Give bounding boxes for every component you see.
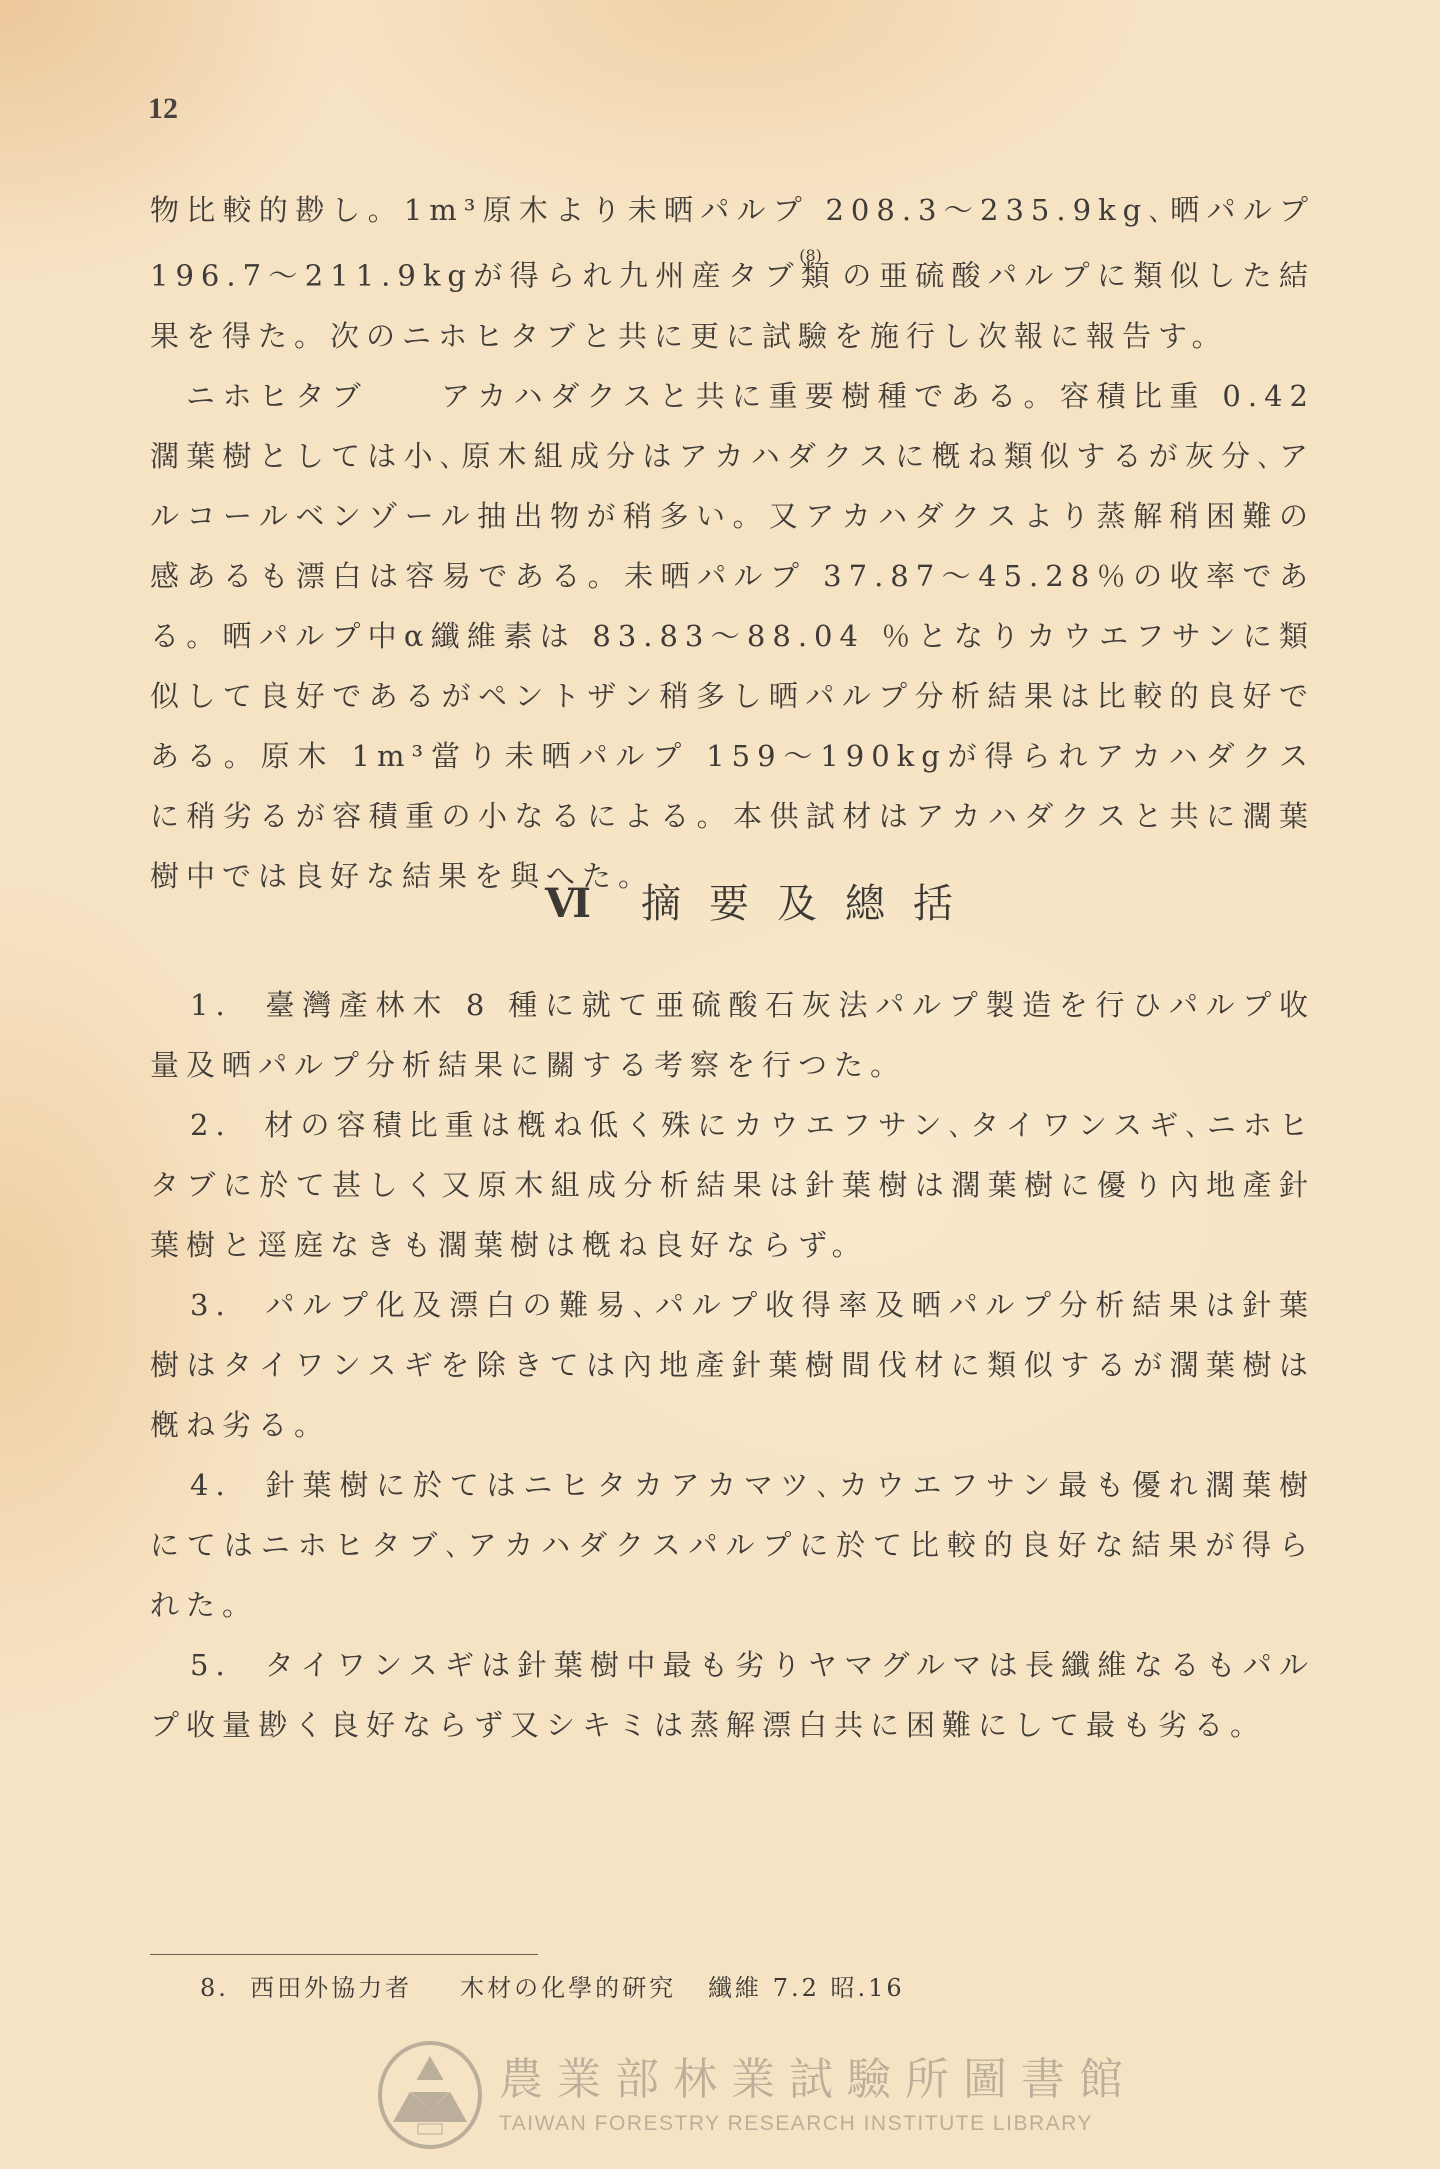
nihohitabu-paragraph: ニホヒタブ アカハダクスと共に重要樹種である。容積比重 0.42 濶葉樹としては… bbox=[150, 366, 1315, 906]
section-title: 摘要及總括 bbox=[641, 881, 981, 927]
summary-item-text: タイワンスギは針葉樹中最も劣りヤマグルマは長纖維なるもパルプ收量尠く良好ならず又… bbox=[150, 1648, 1315, 1742]
summary-item: 4. 針葉樹に於てはニヒタカアカマツ､カウエフサン最も優れ濶葉樹にてはニホヒタブ… bbox=[150, 1455, 1315, 1635]
footnote-title: 木材の化學的硏究 bbox=[460, 1974, 676, 2002]
summary-item: 2. 材の容積比重は槪ね低く殊にカウエフサン､タイワンスギ､ニホヒタブに於て甚し… bbox=[150, 1095, 1315, 1275]
library-name-chinese: 農業部林業試驗所圖書館 bbox=[499, 2054, 1137, 2106]
page-number: 12 bbox=[148, 92, 178, 126]
summary-list: 1. 臺灣產林木 8 種に就て亜硫酸石灰法パルプ製造を行ひパルプ收量及晒パルプ分… bbox=[150, 975, 1315, 1755]
summary-item-number: 5. bbox=[190, 1648, 232, 1682]
summary-item-number: 3. bbox=[190, 1288, 232, 1322]
footnote-divider bbox=[150, 1954, 538, 1955]
summary-item-text: 針葉樹に於てはニヒタカアカマツ､カウエフサン最も優れ濶葉樹にてはニホヒタブ､アカ… bbox=[150, 1468, 1315, 1622]
library-watermark: 農業部林業試驗所圖書館 TAIWAN FORESTRY RESEARCH INS… bbox=[375, 2040, 1137, 2150]
body-text-upper: 物比較的尠し。1m³原木より未晒パルプ 208.3〜235.9kg､晒パルプ 1… bbox=[150, 180, 1315, 906]
summary-item-text: 臺灣產林木 8 種に就て亜硫酸石灰法パルプ製造を行ひパルプ收量及晒パルプ分析結果… bbox=[150, 988, 1315, 1082]
summary-item-number: 1. bbox=[190, 988, 232, 1022]
summary-item-number: 4. bbox=[190, 1468, 232, 1502]
summary-item: 1. 臺灣產林木 8 種に就て亜硫酸石灰法パルプ製造を行ひパルプ收量及晒パルプ分… bbox=[150, 975, 1315, 1095]
footnote-number: 8. bbox=[200, 1974, 229, 2002]
summary-item-text: パルプ化及漂白の難易､パルプ收得率及晒パルプ分析結果は針葉樹はタイワンスギを除き… bbox=[150, 1288, 1315, 1442]
footnote-authors: 西田外協力者 bbox=[250, 1974, 412, 2002]
library-name-english: TAIWAN FORESTRY RESEARCH INSTITUTE LIBRA… bbox=[499, 2112, 1137, 2136]
summary-item-text: 材の容積比重は槪ね低く殊にカウエフサン､タイワンスギ､ニホヒタブに於て甚しく又原… bbox=[150, 1108, 1315, 1262]
summary-item: 5. タイワンスギは針葉樹中最も劣りヤマグルマは長纖維なるもパルプ收量尠く良好な… bbox=[150, 1635, 1315, 1755]
footnote-reference[interactable]: (8) bbox=[799, 246, 822, 265]
section-number: Ⅵ bbox=[545, 880, 591, 927]
summary-item-number: 2. bbox=[190, 1108, 232, 1142]
footnote-journal: 纖維 7.2 昭.16 bbox=[708, 1974, 905, 2002]
footnote: 8. 西田外協力者木材の化學的硏究 纖維 7.2 昭.16 bbox=[200, 1968, 905, 2003]
continuation-paragraph: 物比較的尠し。1m³原木より未晒パルプ 208.3〜235.9kg､晒パルプ 1… bbox=[150, 180, 1315, 366]
summary-item: 3. パルプ化及漂白の難易､パルプ收得率及晒パルプ分析結果は針葉樹はタイワンスギ… bbox=[150, 1275, 1315, 1455]
section-heading: Ⅵ摘要及總括 bbox=[545, 872, 981, 929]
institute-logo-icon bbox=[375, 2040, 485, 2150]
